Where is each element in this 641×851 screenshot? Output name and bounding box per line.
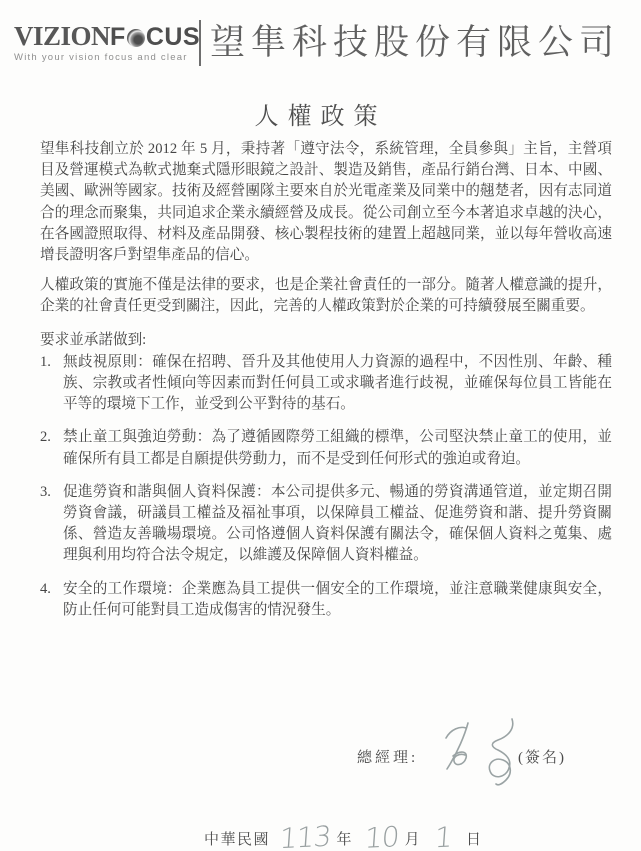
header-divider (199, 20, 201, 66)
signature-hint: (簽名) (518, 746, 566, 767)
page-title: 人權政策 (0, 96, 641, 131)
intro-paragraph-1: 望隼科技創立於 2012 年 5 月，秉持著「遵守法令，系統管理，全員參與」主旨… (40, 139, 612, 266)
item-text: 禁止童工與強迫勞動：為了遵循國際勞工組織的標準，公司堅決禁止童工的使用，並確保所… (63, 427, 612, 469)
day-value-handwritten: 1 (434, 824, 453, 851)
item-number: 4. (40, 579, 63, 621)
list-item: 1. 無歧視原則：確保在招聘、晉升及其他使用人力資源的過程中，不因性別、年齡、種… (40, 352, 612, 416)
year-unit: 年 (336, 828, 353, 849)
month-value-handwritten: 10 (364, 823, 400, 851)
commitment-intro: 要求並承諾做到: (40, 330, 612, 351)
commitment-list: 1. 無歧視原則：確保在招聘、晉升及其他使用人力資源的過程中，不因性別、年齡、種… (40, 352, 612, 621)
item-number: 1. (40, 352, 63, 416)
brand-logo: VIZIONFCUS With your vision focus and cl… (14, 23, 196, 63)
list-item: 2. 禁止童工與強迫勞動：為了遵循國際勞工組織的標準，公司堅決禁止童工的使用，並… (40, 427, 612, 469)
item-text: 促進勞資和諧與個人資料保護：本公司提供多元、暢通的勞資溝通管道，並定期召開勞資會… (63, 482, 612, 567)
list-item: 4. 安全的工作環境：企業應為員工提供一個安全的工作環境，並注意職業健康與安全，… (40, 579, 612, 621)
item-number: 2. (40, 427, 63, 469)
brand-wordmark: VIZIONFCUS (14, 23, 196, 50)
month-unit: 月 (405, 828, 422, 849)
document-page: VIZIONFCUS With your vision focus and cl… (0, 0, 641, 851)
document-body: 望隼科技創立於 2012 年 5 月，秉持著「遵守法令，系統管理，全員參與」主旨… (40, 139, 612, 621)
list-item: 3. 促進勞資和諧與個人資料保護：本公司提供多元、暢通的勞資溝通管道，並定期召開… (40, 482, 612, 567)
day-unit: 日 (466, 828, 483, 849)
brand-name-vizion: VIZION (14, 21, 110, 51)
general-manager-signature-handwriting (432, 716, 532, 791)
intro-paragraph-2: 人權政策的實施不僅是法律的要求，也是企業社會責任的一部分。隨著人權意識的提升，企… (40, 275, 612, 317)
letterhead: VIZIONFCUS With your vision focus and cl… (14, 20, 631, 66)
brand-tagline: With your vision focus and clear (14, 52, 196, 63)
brand-name-focus-f: F (110, 23, 126, 51)
brand-name-focus-cus: CUS (146, 23, 200, 51)
company-name: 望隼科技股份有限公司 (210, 24, 620, 63)
date-line: 中華民國 113 年 10 月 1 日 (204, 821, 482, 849)
era-label: 中華民國 (204, 828, 270, 849)
item-text: 安全的工作環境：企業應為員工提供一個安全的工作環境，並注意職業健康與安全，防止任… (63, 579, 612, 621)
item-number: 3. (40, 482, 63, 567)
eye-lens-icon (127, 29, 145, 47)
general-manager-label: 總經理: (357, 746, 418, 767)
item-text: 無歧視原則：確保在招聘、晉升及其他使用人力資源的過程中，不因性別、年齡、種族、宗… (63, 352, 612, 416)
year-value-handwritten: 113 (279, 823, 332, 851)
